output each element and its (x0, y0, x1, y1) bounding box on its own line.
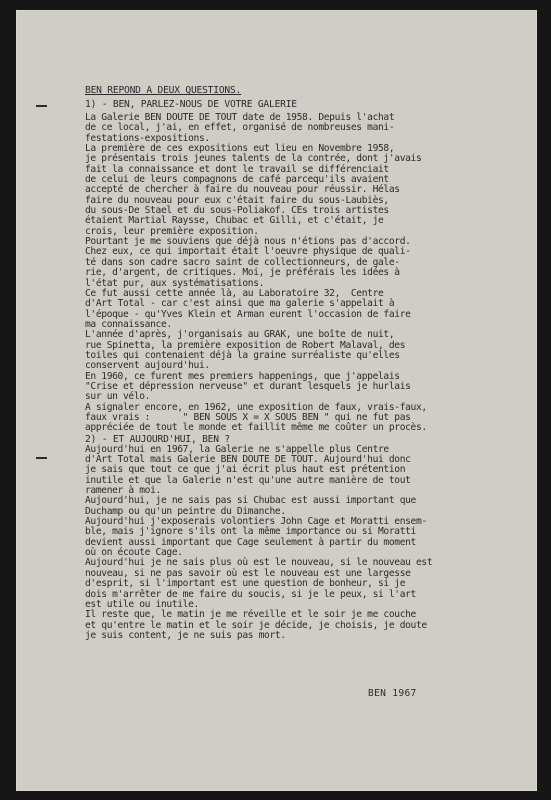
answer-2-body: Aujourd'hui en 1967, la Galerie ne s'app… (85, 445, 535, 642)
text-line: appréciée de tout le monde et faillit mê… (85, 423, 535, 433)
text-line: d'Art Total - car c'est ainsi que ma gal… (85, 299, 535, 309)
text-line: je suis content, je ne suis pas mort. (85, 631, 535, 641)
text-line: d'esprit, si l'important est une questio… (85, 579, 535, 589)
text-line: Il reste que, le matin je me réveille et… (85, 610, 535, 620)
title-text: BEN REPOND A DEUX QUESTIONS. (85, 85, 241, 96)
question-1-heading: 1) - BEN, PARLEZ-NOUS DE VOTRE GALERIE (85, 99, 297, 110)
answer-1-body: La Galerie BEN DOUTE DE TOUT date de 195… (85, 113, 535, 434)
document-page: BEN REPOND A DEUX QUESTIONS. 1) - BEN, P… (16, 10, 537, 791)
text-line: rie, d'argent, de critiques. Moi, je pré… (85, 268, 535, 278)
text-line: L'année d'après, j'organisais au GRAK, u… (85, 330, 535, 340)
margin-mark-question2 (36, 457, 47, 459)
text-line: "Crise et dépression nerveuse" et durant… (85, 382, 535, 392)
document-title: BEN REPOND A DEUX QUESTIONS. (85, 85, 241, 96)
margin-mark-question1 (36, 105, 47, 107)
signature: BEN 1967 (368, 688, 417, 699)
